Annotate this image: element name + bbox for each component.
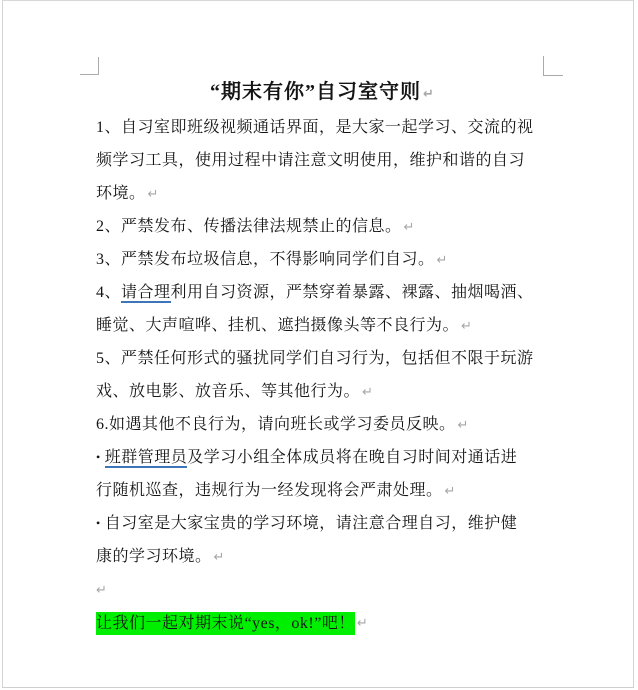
paragraph-mark-icon: ↵ [458, 418, 469, 433]
paragraph-6[interactable]: 6.如遇其他不良行为，请向班长或学习委员反映。↵ [96, 408, 548, 441]
line-text: 利用自习资源，严禁穿着暴露、裸露、抽烟喝酒、 [171, 284, 534, 301]
paragraph-1[interactable]: 1、自习室即班级视频通话界面，是大家一起学习、交流的视 频学习工具，使用过程中请… [96, 111, 548, 210]
paragraph-2[interactable]: 2、严禁发布、传播法律法规禁止的信息。↵ [96, 210, 548, 243]
highlight-paragraph[interactable]: 让我们一起对期末说“yes，ok!”吧！↵ [96, 606, 548, 639]
line-text: 1、自习室即班级视频通话界面，是大家一起学习、交流的视 [96, 119, 534, 136]
text-line[interactable]: 6.如遇其他不良行为，请向班长或学习委员反映。↵ [96, 408, 548, 441]
text-line[interactable]: ↵ [96, 573, 548, 606]
margin-crop-mark-top-left-icon [80, 57, 99, 75]
empty-paragraph[interactable]: ↵ [96, 573, 548, 606]
paragraph-mark-icon: ↵ [437, 253, 448, 268]
title-text: “期末有你”自习室守则 [210, 81, 421, 103]
paragraph-mark-icon: ↵ [96, 583, 107, 598]
margin-crop-mark-top-right-icon [543, 56, 563, 76]
line-text: 3、严禁发布垃圾信息，不得影响同学们自习。 [96, 251, 435, 268]
paragraph-4[interactable]: 4、请合理利用自习资源，严禁穿着暴露、裸露、抽烟喝酒、 睡觉、大声喧哗、挂机、遮… [96, 276, 548, 342]
line-text: 戏、放电影、放音乐、等其他行为。 [96, 383, 360, 400]
line-text: 自习室是大家宝贵的学习环境，请注意合理自习，维护健 [105, 515, 518, 532]
paragraph-mark-icon: ↵ [461, 319, 472, 334]
text-line[interactable]: •班群管理员及学习小组全体成员将在晚自习时间对通话进 [96, 441, 548, 474]
grammar-underlined-text: 请合理 [121, 284, 171, 303]
line-text: 2、严禁发布、传播法律法规禁止的信息。 [96, 218, 402, 235]
line-text: 睡觉、大声喧哗、挂机、遮挡摄像头等不良行为。 [96, 317, 459, 334]
line-text: 5、严禁任何形式的骚扰同学们自习行为，包括但不限于玩游 [96, 350, 534, 367]
text-line[interactable]: 3、严禁发布垃圾信息，不得影响同学们自习。↵ [96, 243, 548, 276]
text-line[interactable]: •自习室是大家宝贵的学习环境，请注意合理自习，维护健 [96, 507, 548, 540]
document-title[interactable]: “期末有你”自习室守则↵ [96, 74, 548, 111]
text-line[interactable]: 睡觉、大声喧哗、挂机、遮挡摄像头等不良行为。↵ [96, 309, 548, 342]
bullet-icon: • [96, 450, 101, 464]
paragraph-mark-icon: ↵ [423, 87, 434, 102]
document-body: “期末有你”自习室守则↵ 1、自习室即班级视频通话界面，是大家一起学习、交流的视… [96, 74, 548, 639]
paragraph-mark-icon: ↵ [445, 484, 456, 499]
text-line[interactable]: 4、请合理利用自习资源，严禁穿着暴露、裸露、抽烟喝酒、 [96, 276, 548, 309]
text-line[interactable]: 让我们一起对期末说“yes，ok!”吧！↵ [96, 606, 548, 639]
bullet-paragraph-2[interactable]: •自习室是大家宝贵的学习环境，请注意合理自习，维护健 康的学习环境。↵ [96, 507, 548, 573]
line-text: 康的学习环境。 [96, 548, 212, 565]
text-line[interactable]: 5、严禁任何形式的骚扰同学们自习行为，包括但不限于玩游 [96, 342, 548, 375]
text-line[interactable]: 2、严禁发布、传播法律法规禁止的信息。↵ [96, 210, 548, 243]
paragraph-mark-icon: ↵ [362, 385, 373, 400]
text-line[interactable]: 戏、放电影、放音乐、等其他行为。↵ [96, 375, 548, 408]
line-text: 4、 [96, 284, 121, 301]
document-page[interactable]: “期末有你”自习室守则↵ 1、自习室即班级视频通话界面，是大家一起学习、交流的视… [2, 0, 634, 688]
line-text: 环境。 [96, 185, 146, 202]
text-line[interactable]: 行随机巡查，违规行为一经发现将会严肃处理。↵ [96, 474, 548, 507]
paragraph-5[interactable]: 5、严禁任何形式的骚扰同学们自习行为，包括但不限于玩游 戏、放电影、放音乐、等其… [96, 342, 548, 408]
paragraph-mark-icon: ↵ [404, 220, 415, 235]
bullet-paragraph-1[interactable]: •班群管理员及学习小组全体成员将在晚自习时间对通话进 行随机巡查，违规行为一经发… [96, 441, 548, 507]
text-line[interactable]: 环境。↵ [96, 177, 548, 210]
line-text: 6.如遇其他不良行为，请向班长或学习委员反映。 [96, 416, 456, 433]
line-text: 行随机巡查，违规行为一经发现将会严肃处理。 [96, 482, 443, 499]
document-window: “期末有你”自习室守则↵ 1、自习室即班级视频通话界面，是大家一起学习、交流的视… [0, 0, 638, 690]
bullet-icon: • [96, 516, 101, 530]
text-line[interactable]: 1、自习室即班级视频通话界面，是大家一起学习、交流的视 [96, 111, 548, 144]
paragraph-mark-icon: ↵ [357, 616, 368, 631]
line-text: 频学习工具，使用过程中请注意文明使用，维护和谐的自习 [96, 152, 525, 169]
grammar-underlined-text: 班群管理员 [105, 449, 188, 468]
paragraph-mark-icon: ↵ [214, 550, 225, 565]
text-line[interactable]: 频学习工具，使用过程中请注意文明使用，维护和谐的自习 [96, 144, 548, 177]
paragraph-3[interactable]: 3、严禁发布垃圾信息，不得影响同学们自习。↵ [96, 243, 548, 276]
text-line[interactable]: 康的学习环境。↵ [96, 540, 548, 573]
paragraph-mark-icon: ↵ [148, 187, 159, 202]
line-text: 及学习小组全体成员将在晚自习时间对通话进 [187, 449, 517, 466]
highlighted-text: 让我们一起对期末说“yes，ok!”吧！ [96, 612, 355, 635]
